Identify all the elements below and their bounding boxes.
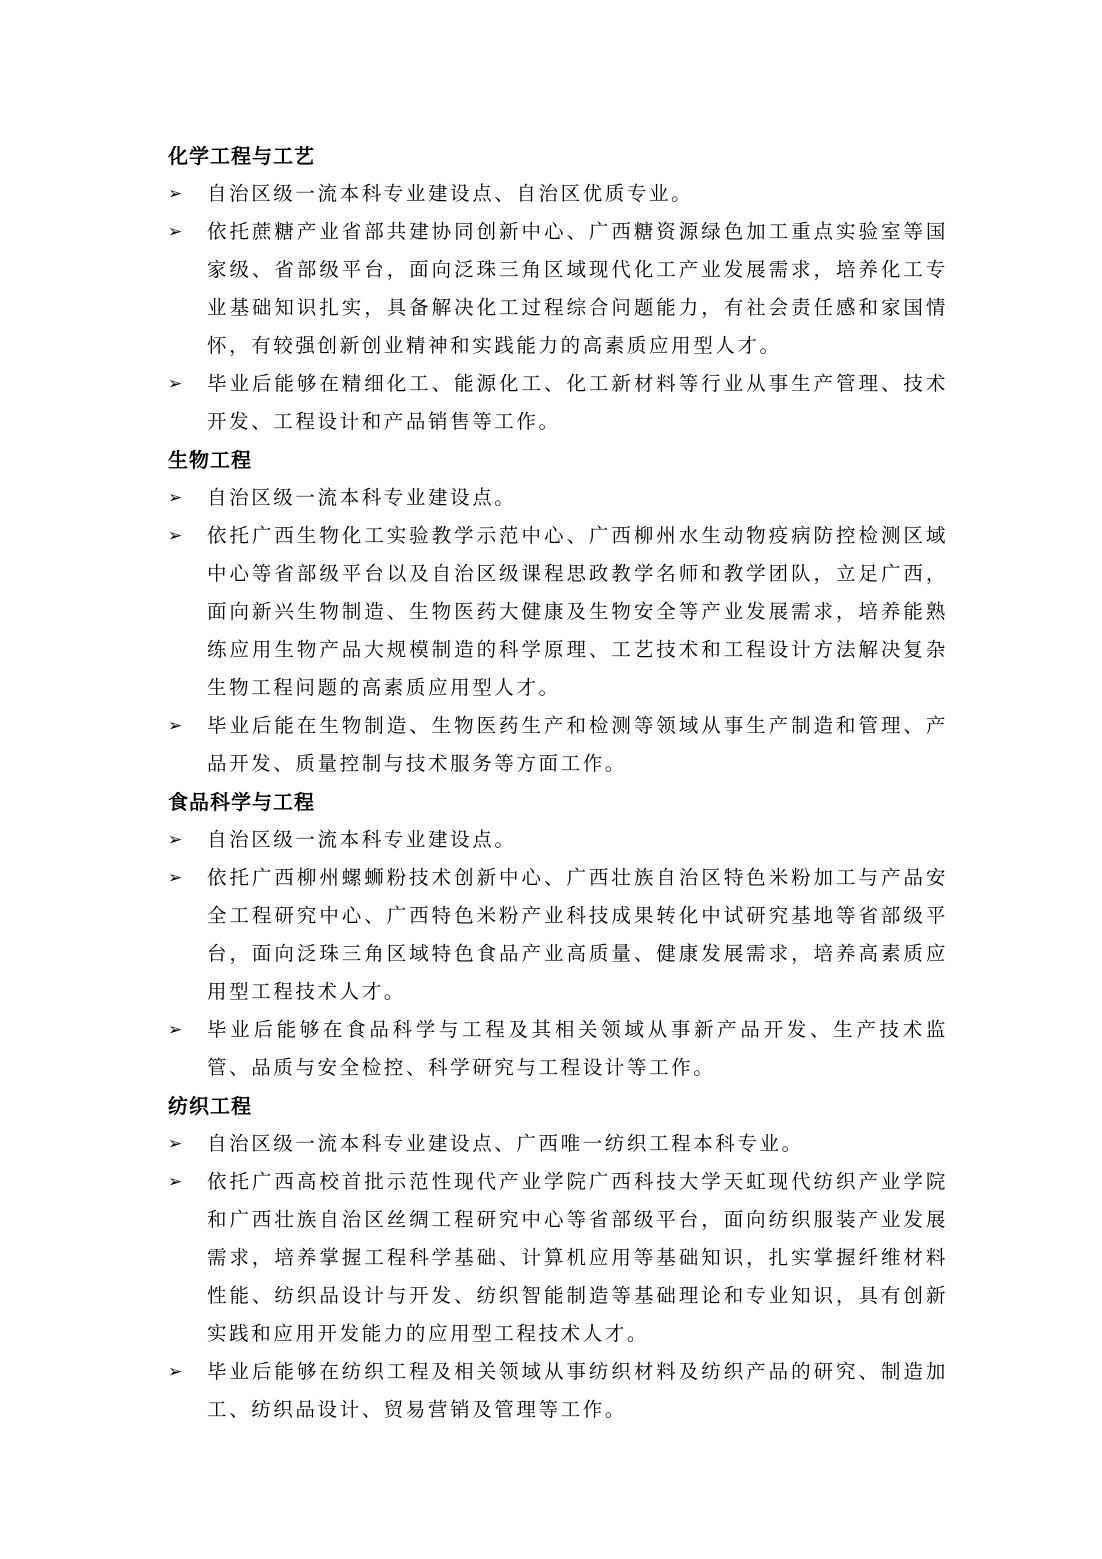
arrowhead-bullet-icon: ➢	[168, 1011, 188, 1049]
list-item-text: 自治区级一流本科专业建设点、自治区优质专业。	[207, 175, 948, 213]
arrowhead-bullet-icon: ➢	[168, 1163, 188, 1201]
list-item: ➢ 自治区级一流本科专业建设点。	[168, 821, 948, 859]
section-title: 纺织工程	[168, 1087, 948, 1125]
section-chemical-engineering: 化学工程与工艺 ➢ 自治区级一流本科专业建设点、自治区优质专业。 ➢ 依托蔗糖产…	[168, 137, 948, 441]
section-title: 食品科学与工程	[168, 783, 948, 821]
arrowhead-bullet-icon: ➢	[168, 821, 188, 859]
arrowhead-bullet-icon: ➢	[168, 213, 188, 251]
arrowhead-bullet-icon: ➢	[168, 1125, 188, 1163]
section-food-science: 食品科学与工程 ➢ 自治区级一流本科专业建设点。 ➢ 依托广西柳州螺蛳粉技术创新…	[168, 783, 948, 1087]
list-item: ➢ 依托广西高校首批示范性现代产业学院广西科技大学天虹现代纺织产业学院和广西壮族…	[168, 1163, 948, 1353]
section-bioengineering: 生物工程 ➢ 自治区级一流本科专业建设点。 ➢ 依托广西生物化工实验教学示范中心…	[168, 441, 948, 783]
list-item: ➢ 毕业后能够在精细化工、能源化工、化工新材料等行业从事生产管理、技术开发、工程…	[168, 365, 948, 441]
list-item-text: 自治区级一流本科专业建设点、广西唯一纺织工程本科专业。	[207, 1125, 948, 1163]
arrowhead-bullet-icon: ➢	[168, 365, 188, 403]
list-item-text: 依托广西生物化工实验教学示范中心、广西柳州水生动物疫病防控检测区域中心等省部级平…	[207, 517, 948, 707]
list-item-text: 毕业后能在生物制造、生物医药生产和检测等领域从事生产制造和管理、产品开发、质量控…	[207, 707, 948, 783]
section-title: 生物工程	[168, 441, 948, 479]
list-item: ➢ 依托广西生物化工实验教学示范中心、广西柳州水生动物疫病防控检测区域中心等省部…	[168, 517, 948, 707]
list-item-text: 毕业后能够在纺织工程及相关领域从事纺织材料及纺织产品的研究、制造加工、纺织品设计…	[207, 1353, 948, 1429]
list-item-text: 毕业后能够在食品科学与工程及其相关领域从事新产品开发、生产技术监管、品质与安全检…	[207, 1011, 948, 1087]
document-page: 化学工程与工艺 ➢ 自治区级一流本科专业建设点、自治区优质专业。 ➢ 依托蔗糖产…	[168, 137, 948, 1429]
list-item: ➢ 自治区级一流本科专业建设点。	[168, 479, 948, 517]
list-item-text: 依托蔗糖产业省部共建协同创新中心、广西糖资源绿色加工重点实验室等国家级、省部级平…	[207, 213, 948, 365]
list-item-text: 依托广西柳州螺蛳粉技术创新中心、广西壮族自治区特色米粉加工与产品安全工程研究中心…	[207, 859, 948, 1011]
list-item: ➢ 毕业后能在生物制造、生物医药生产和检测等领域从事生产制造和管理、产品开发、质…	[168, 707, 948, 783]
arrowhead-bullet-icon: ➢	[168, 175, 188, 213]
list-item: ➢ 依托广西柳州螺蛳粉技术创新中心、广西壮族自治区特色米粉加工与产品安全工程研究…	[168, 859, 948, 1011]
list-item-text: 依托广西高校首批示范性现代产业学院广西科技大学天虹现代纺织产业学院和广西壮族自治…	[207, 1163, 948, 1353]
list-item: ➢ 自治区级一流本科专业建设点、自治区优质专业。	[168, 175, 948, 213]
arrowhead-bullet-icon: ➢	[168, 859, 188, 897]
arrowhead-bullet-icon: ➢	[168, 479, 188, 517]
arrowhead-bullet-icon: ➢	[168, 1353, 188, 1391]
section-title: 化学工程与工艺	[168, 137, 948, 175]
list-item-text: 自治区级一流本科专业建设点。	[207, 821, 948, 859]
list-item-text: 毕业后能够在精细化工、能源化工、化工新材料等行业从事生产管理、技术开发、工程设计…	[207, 365, 948, 441]
list-item: ➢ 毕业后能够在食品科学与工程及其相关领域从事新产品开发、生产技术监管、品质与安…	[168, 1011, 948, 1087]
list-item-text: 自治区级一流本科专业建设点。	[207, 479, 948, 517]
arrowhead-bullet-icon: ➢	[168, 707, 188, 745]
section-textile-engineering: 纺织工程 ➢ 自治区级一流本科专业建设点、广西唯一纺织工程本科专业。 ➢ 依托广…	[168, 1087, 948, 1429]
list-item: ➢ 毕业后能够在纺织工程及相关领域从事纺织材料及纺织产品的研究、制造加工、纺织品…	[168, 1353, 948, 1429]
list-item: ➢ 自治区级一流本科专业建设点、广西唯一纺织工程本科专业。	[168, 1125, 948, 1163]
list-item: ➢ 依托蔗糖产业省部共建协同创新中心、广西糖资源绿色加工重点实验室等国家级、省部…	[168, 213, 948, 365]
arrowhead-bullet-icon: ➢	[168, 517, 188, 555]
